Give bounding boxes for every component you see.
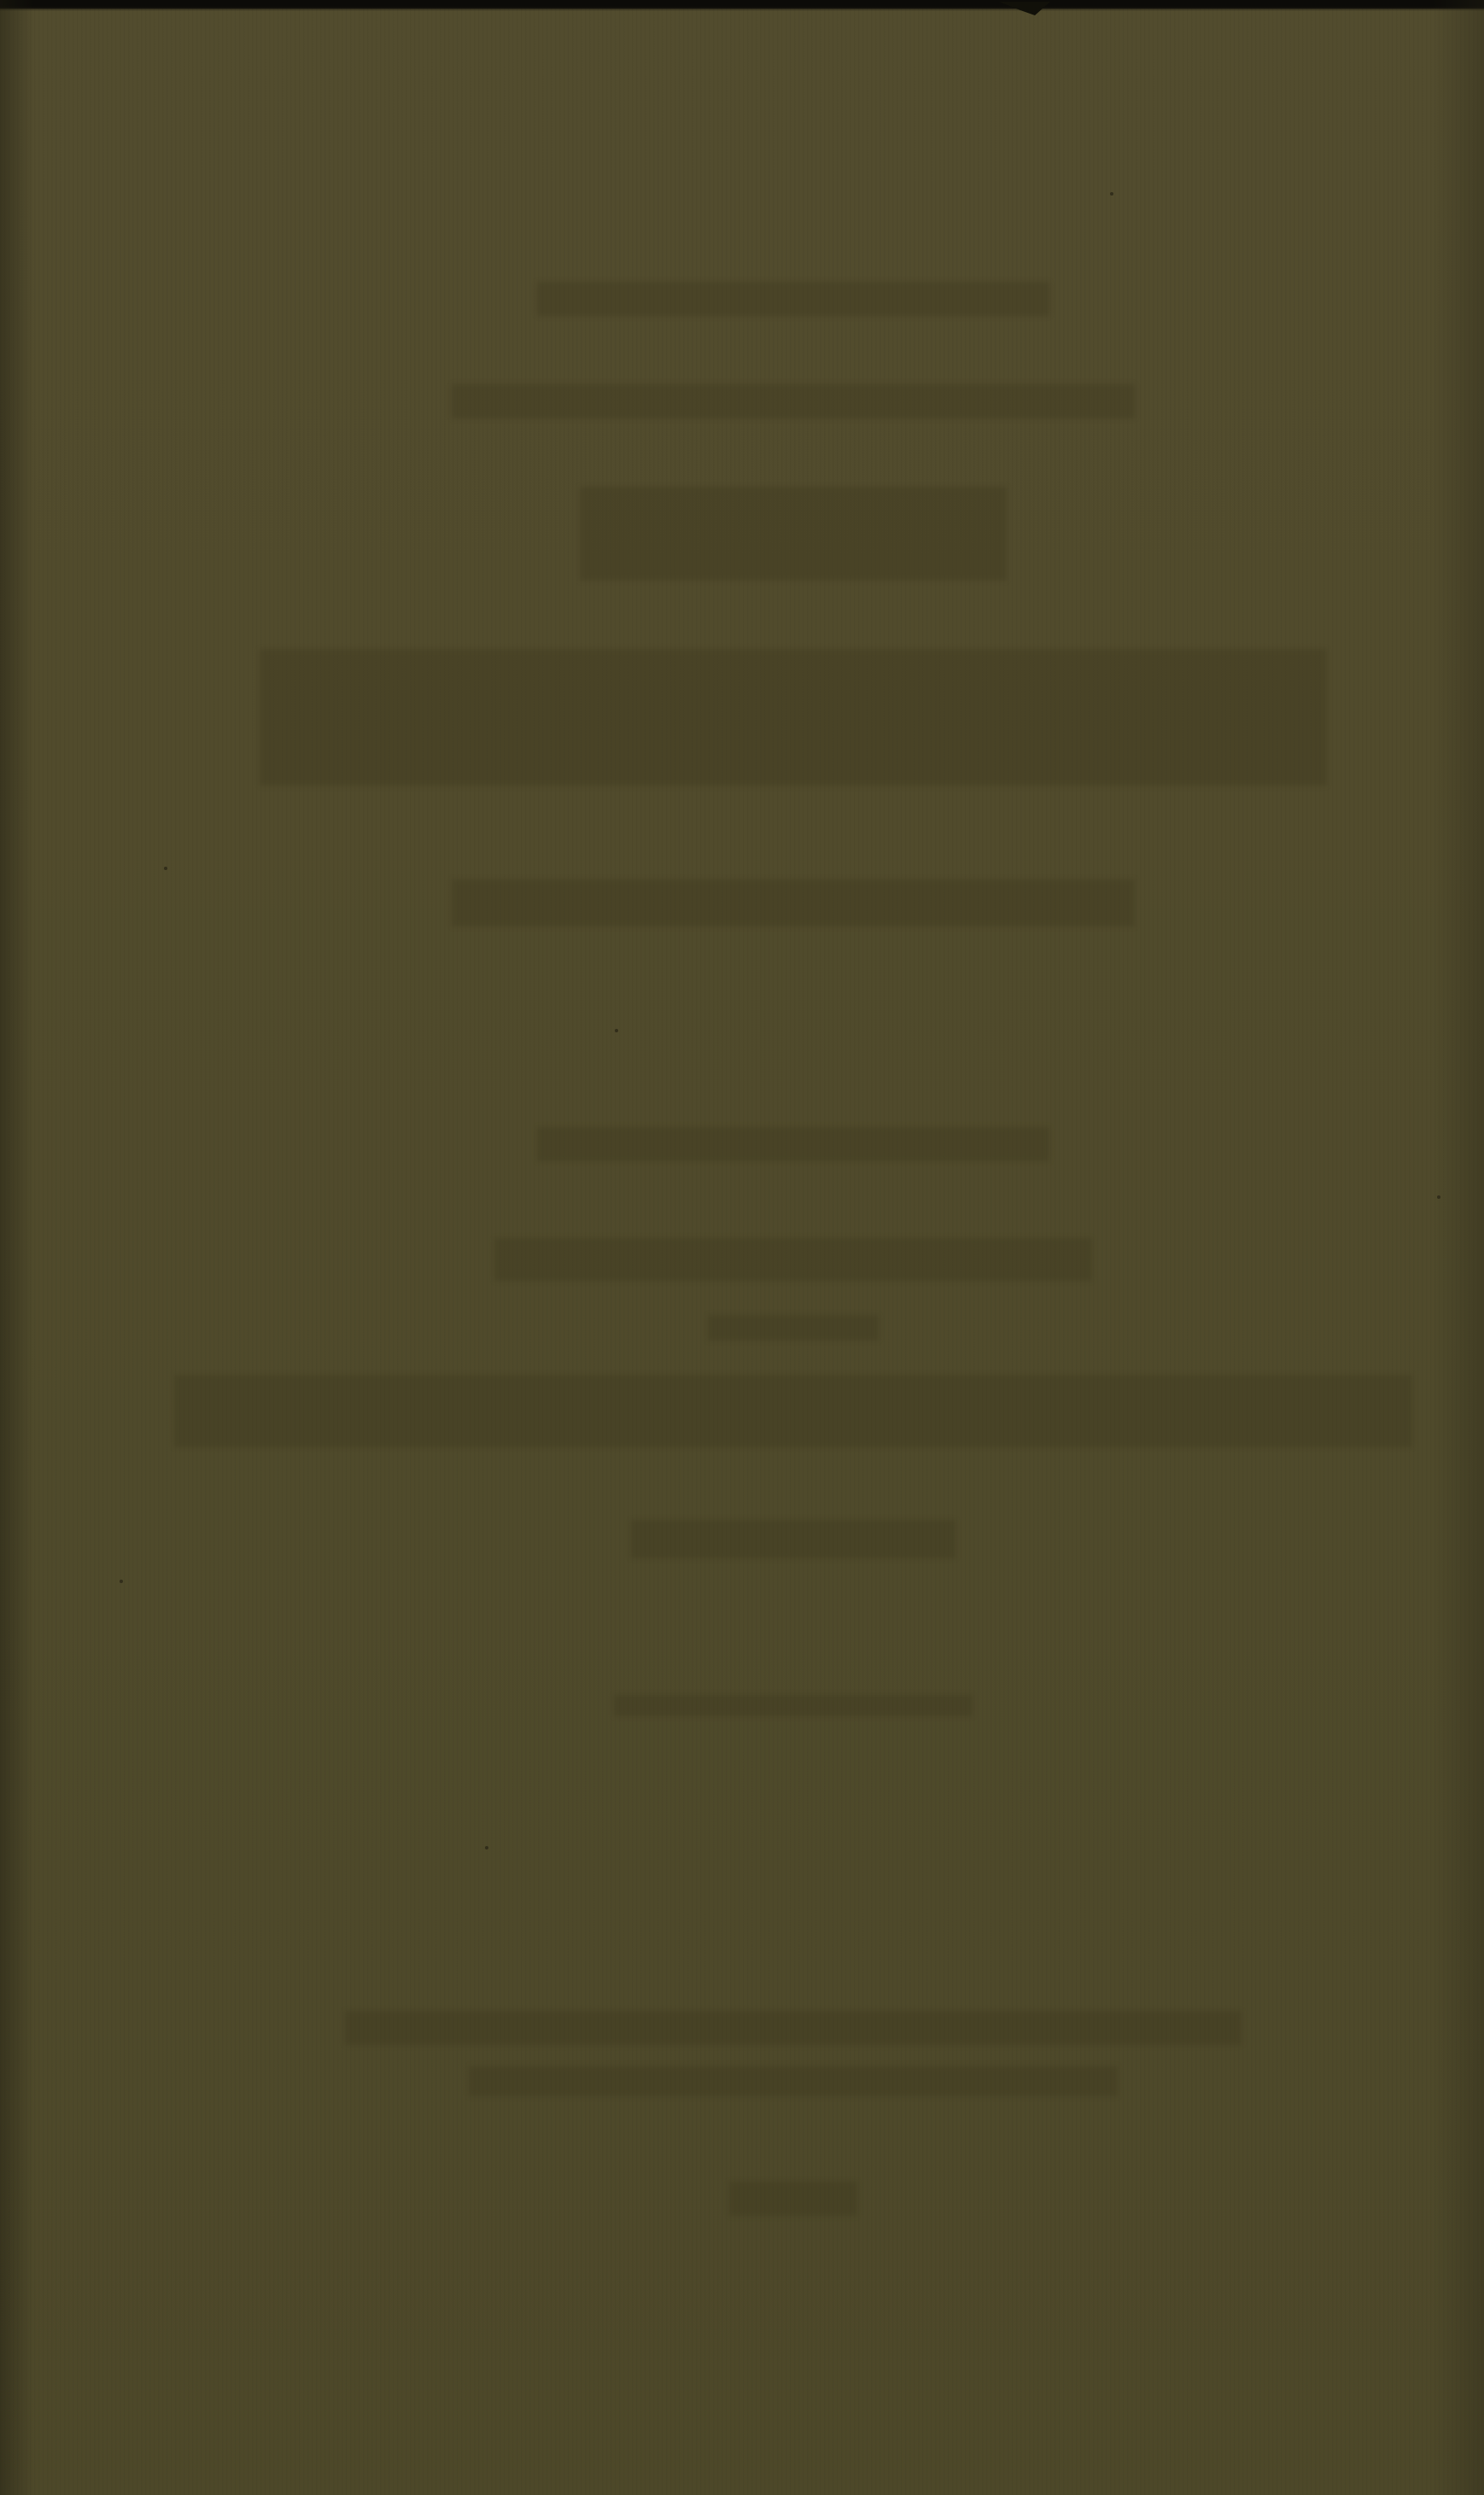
ghost-title-2 <box>260 649 1327 786</box>
book-cover-page <box>0 0 1484 2495</box>
paper-speck <box>164 867 167 870</box>
paper-speck <box>615 1029 618 1032</box>
paper-speck <box>485 1846 488 1849</box>
ghost-line-5 <box>494 1238 1092 1281</box>
ghost-line-11 <box>729 2182 857 2216</box>
paper-speck <box>1110 192 1113 196</box>
left-edge-shadow <box>0 0 34 2495</box>
paper-speck <box>1437 1195 1440 1199</box>
top-page-edge <box>0 0 1484 9</box>
ghost-title-3 <box>174 1375 1412 1447</box>
paper-speck <box>120 1580 123 1583</box>
ghost-line-4 <box>537 1127 1049 1161</box>
ghost-title-1 <box>580 487 1007 581</box>
ghost-line-8 <box>614 1695 973 1716</box>
ghost-line-9 <box>345 2011 1242 2045</box>
ghost-line-6 <box>708 1315 879 1341</box>
ghost-line-10 <box>469 2066 1118 2096</box>
ghost-line-1 <box>537 282 1049 316</box>
ghost-line-2 <box>452 384 1135 418</box>
ghost-line-3 <box>452 879 1135 926</box>
ghost-line-7 <box>631 1520 955 1558</box>
right-edge-shadow <box>1433 0 1484 2495</box>
